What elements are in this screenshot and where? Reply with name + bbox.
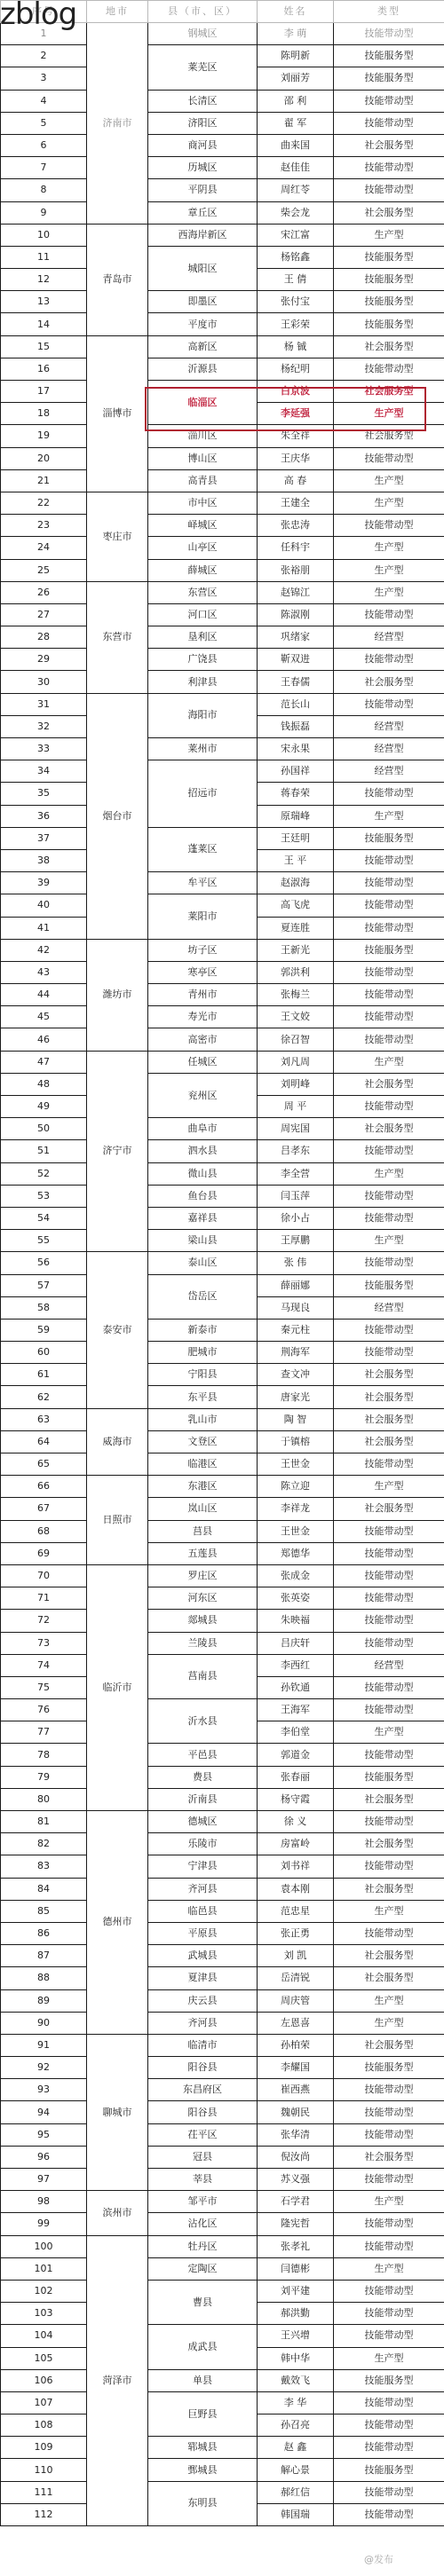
cell-county: 钢城区 <box>148 23 258 45</box>
cell-no: 112 <box>1 2503 87 2525</box>
cell-name: 孙柏荣 <box>258 2034 334 2056</box>
cell-no: 63 <box>1 1408 87 1430</box>
cell-county: 商河县 <box>148 134 258 156</box>
cell-city: 枣庄市 <box>87 492 148 581</box>
cell-name: 刘平建 <box>258 2280 334 2302</box>
cell-name: 周红苓 <box>258 179 334 201</box>
cell-no: 61 <box>1 1364 87 1386</box>
cell-no: 6 <box>1 134 87 156</box>
cell-no: 84 <box>1 1878 87 1900</box>
cell-type: 生产型 <box>334 537 444 559</box>
cell-no: 78 <box>1 1744 87 1766</box>
cell-no: 70 <box>1 1564 87 1587</box>
cell-name: 钱振磊 <box>258 715 334 737</box>
cell-type: 技能带动型 <box>334 1542 444 1564</box>
cell-county: 长清区 <box>148 90 258 112</box>
cell-type: 技能服务型 <box>334 2057 444 2079</box>
table-row: 69五莲县郑德华技能带动型 <box>1 1542 444 1564</box>
cell-county: 市中区 <box>148 492 258 514</box>
table-row: 104成武县王兴增技能带动型 <box>1 2325 444 2347</box>
cell-type: 生产型 <box>334 2347 444 2369</box>
cell-county: 岚山区 <box>148 1498 258 1520</box>
cell-county: 平原县 <box>148 1922 258 1944</box>
cell-name: 荆海军 <box>258 1342 334 1364</box>
table-row: 80沂南县杨守霞社会服务型 <box>1 1788 444 1810</box>
cell-no: 39 <box>1 872 87 894</box>
table-row: 23峄城区张忠涛技能带动型 <box>1 515 444 537</box>
cell-county: 坊子区 <box>148 939 258 961</box>
cell-name: 李祥龙 <box>258 1498 334 1520</box>
cell-city: 德州市 <box>87 1811 148 2035</box>
cell-name: 隆宪哲 <box>258 2213 334 2235</box>
cell-no: 103 <box>1 2303 87 2325</box>
cell-name: 孙国祥 <box>258 760 334 783</box>
cell-county: 利津县 <box>148 671 258 693</box>
table-row: 25薛城区张裕朋生产型 <box>1 559 444 581</box>
cell-name: 李耀国 <box>258 2057 334 2079</box>
cell-type: 技能带动型 <box>334 1453 444 1476</box>
cell-no: 110 <box>1 2459 87 2481</box>
table-row: 20博山区王庆华技能带动型 <box>1 447 444 469</box>
cell-no: 111 <box>1 2481 87 2503</box>
table-row: 63威海市乳山市陶 智社会服务型 <box>1 1408 444 1430</box>
cell-type: 技能服务型 <box>334 291 444 313</box>
cell-no: 101 <box>1 2257 87 2280</box>
table-row: 57岱岳区薛丽娜技能服务型 <box>1 1274 444 1296</box>
table-row: 110鄄城县解心景技能服务型 <box>1 2459 444 2481</box>
cell-no: 96 <box>1 2146 87 2168</box>
cell-name: 李延强 <box>258 403 334 425</box>
table-row: 4长清区邵 利技能带动型 <box>1 90 444 112</box>
cell-no: 54 <box>1 1207 87 1229</box>
cell-name: 任科宇 <box>258 537 334 559</box>
table-row: 8平阴县周红苓技能带动型 <box>1 179 444 201</box>
table-row: 98滨州市邹平市石学君生产型 <box>1 2191 444 2213</box>
cell-no: 31 <box>1 693 87 715</box>
cell-name: 赵淑海 <box>258 872 334 894</box>
cell-name: 杨 铖 <box>258 335 334 358</box>
cell-no: 94 <box>1 2101 87 2123</box>
cell-name: 张梅兰 <box>258 984 334 1006</box>
cell-type: 经营型 <box>334 738 444 760</box>
cell-county: 莱阳市 <box>148 894 258 939</box>
cell-type: 技能带动型 <box>334 1252 444 1274</box>
cell-type: 社会服务型 <box>334 1408 444 1430</box>
cell-no: 81 <box>1 1811 87 1833</box>
cell-no: 93 <box>1 2079 87 2101</box>
cell-type: 技能带动型 <box>334 2325 444 2347</box>
table-row: 102曹县刘平建技能带动型 <box>1 2280 444 2302</box>
cell-city: 济南市 <box>87 23 148 225</box>
cell-type: 社会服务型 <box>334 201 444 224</box>
cell-type: 技能带动型 <box>334 112 444 134</box>
cell-county: 任城区 <box>148 1051 258 1073</box>
cell-no: 64 <box>1 1430 87 1453</box>
cell-county: 博山区 <box>148 447 258 469</box>
cell-county: 临邑县 <box>148 1900 258 1922</box>
cell-name: 陈淑刚 <box>258 603 334 626</box>
cell-county: 罗庄区 <box>148 1564 258 1587</box>
cell-type: 技能带动型 <box>334 1610 444 1632</box>
cell-no: 27 <box>1 603 87 626</box>
cell-type: 技能带动型 <box>334 1922 444 1944</box>
table-row: 64文登区于镇榕社会服务型 <box>1 1430 444 1453</box>
cell-county: 城阳区 <box>148 246 258 290</box>
cell-type: 生产型 <box>334 1051 444 1073</box>
cell-name: 刘明峰 <box>258 1073 334 1095</box>
cell-type: 技能带动型 <box>334 894 444 917</box>
cell-name: 王新光 <box>258 939 334 961</box>
cell-no: 44 <box>1 984 87 1006</box>
cell-name: 张华清 <box>258 2123 334 2146</box>
cell-name: 王海军 <box>258 1699 334 1721</box>
cell-name: 陈明新 <box>258 45 334 67</box>
cell-name: 王文姣 <box>258 1006 334 1028</box>
cell-name: 王春儒 <box>258 671 334 693</box>
cell-name: 王建全 <box>258 492 334 514</box>
cell-name: 张春丽 <box>258 1766 334 1788</box>
table-row: 5济阳区翟 军技能带动型 <box>1 112 444 134</box>
cell-county: 乐陵市 <box>148 1833 258 1855</box>
cell-type: 生产型 <box>334 224 444 246</box>
cell-name: 朱映福 <box>258 1610 334 1632</box>
cell-no: 47 <box>1 1051 87 1073</box>
cell-name: 王 倩 <box>258 269 334 291</box>
cell-no: 68 <box>1 1520 87 1542</box>
cell-county: 西海岸新区 <box>148 224 258 246</box>
table-row: 16沂源县杨纪明技能带动型 <box>1 358 444 380</box>
cell-county: 沂源县 <box>148 358 258 380</box>
cell-type: 生产型 <box>334 1900 444 1922</box>
cell-name: 李西红 <box>258 1654 334 1676</box>
cell-county: 东明县 <box>148 2481 258 2525</box>
table-row: 91聊城市临清市孙柏荣社会服务型 <box>1 2034 444 2056</box>
cell-no: 83 <box>1 1855 87 1878</box>
cell-name: 杨铭鑫 <box>258 246 334 268</box>
cell-name: 王彩荣 <box>258 313 334 335</box>
cell-name: 白京波 <box>258 381 334 403</box>
cell-name: 高 春 <box>258 469 334 492</box>
cell-county: 沂南县 <box>148 1788 258 1810</box>
cell-name: 韩中华 <box>258 2347 334 2369</box>
cell-no: 50 <box>1 1118 87 1140</box>
cell-no: 99 <box>1 2213 87 2235</box>
cell-county: 文登区 <box>148 1430 258 1453</box>
cell-no: 67 <box>1 1498 87 1520</box>
header-city: 地市 <box>87 1 148 23</box>
cell-no: 106 <box>1 2369 87 2391</box>
table-row: 101定陶区闫德彬生产型 <box>1 2257 444 2280</box>
cell-name: 王世金 <box>258 1520 334 1542</box>
cell-type: 技能服务型 <box>334 67 444 90</box>
cell-county: 临港区 <box>148 1453 258 1476</box>
cell-county: 垦利区 <box>148 626 258 649</box>
table-row: 90齐河县左恩喜生产型 <box>1 2012 444 2034</box>
cell-type: 技能带动型 <box>334 157 444 179</box>
cell-no: 41 <box>1 917 87 939</box>
cell-no: 69 <box>1 1542 87 1564</box>
cell-name: 李全营 <box>258 1162 334 1185</box>
cell-county: 肥城市 <box>148 1342 258 1364</box>
cell-county: 兰陵县 <box>148 1632 258 1654</box>
cell-name: 孙召亮 <box>258 2415 334 2437</box>
table-row: 79费县张春丽技能服务型 <box>1 1766 444 1788</box>
cell-no: 92 <box>1 2057 87 2079</box>
table-row: 92阳谷县李耀国技能服务型 <box>1 2057 444 2079</box>
cell-city: 淄博市 <box>87 335 148 492</box>
cell-type: 技能带动型 <box>334 1520 444 1542</box>
cell-no: 102 <box>1 2280 87 2302</box>
table-row: 7历城区赵佳佳技能带动型 <box>1 157 444 179</box>
cell-county: 河口区 <box>148 603 258 626</box>
cell-no: 16 <box>1 358 87 380</box>
cell-name: 原瑞峰 <box>258 805 334 827</box>
cell-no: 74 <box>1 1654 87 1676</box>
table-row: 96冠县倪汝尚社会服务型 <box>1 2146 444 2168</box>
cell-no: 3 <box>1 67 87 90</box>
cell-name: 周 平 <box>258 1096 334 1118</box>
cell-name: 韩国瑞 <box>258 2503 334 2525</box>
cell-name: 徐召智 <box>258 1028 334 1051</box>
cell-type: 技能带动型 <box>334 2437 444 2459</box>
cell-no: 9 <box>1 201 87 224</box>
cell-type: 社会服务型 <box>334 1498 444 1520</box>
table-row: 47济宁市任城区刘凡周生产型 <box>1 1051 444 1073</box>
cell-name: 薛丽娜 <box>258 1274 334 1296</box>
cell-no: 18 <box>1 403 87 425</box>
cell-type: 生产型 <box>334 469 444 492</box>
cell-name: 查文冲 <box>258 1364 334 1386</box>
cell-name: 石学君 <box>258 2191 334 2213</box>
cell-name: 张 伟 <box>258 1252 334 1274</box>
cell-no: 77 <box>1 1721 87 1744</box>
cell-county: 武城县 <box>148 1945 258 1967</box>
table-row: 71河东区张英姿技能带动型 <box>1 1587 444 1610</box>
cell-name: 高飞虎 <box>258 894 334 917</box>
cell-no: 46 <box>1 1028 87 1051</box>
cell-county: 兖州区 <box>148 1073 258 1117</box>
cell-type: 技能带动型 <box>334 1632 444 1654</box>
cell-no: 51 <box>1 1140 87 1162</box>
cell-name: 郭洪利 <box>258 961 334 983</box>
cell-county: 平邑县 <box>148 1744 258 1766</box>
cell-county: 莒县 <box>148 1520 258 1542</box>
cell-no: 49 <box>1 1096 87 1118</box>
cell-type: 技能带动型 <box>334 2235 444 2257</box>
cell-name: 邵 利 <box>258 90 334 112</box>
table-row: 67岚山区李祥龙社会服务型 <box>1 1498 444 1520</box>
table-row: 87武城县刘 凯社会服务型 <box>1 1945 444 1967</box>
cell-county: 蓬莱区 <box>148 827 258 871</box>
cell-type: 技能带动型 <box>334 1811 444 1833</box>
table-row: 74莒南县李西红经营型 <box>1 1654 444 1676</box>
cell-name: 赵佳佳 <box>258 157 334 179</box>
table-row: 9章丘区柴会龙社会服务型 <box>1 201 444 224</box>
cell-no: 60 <box>1 1342 87 1364</box>
cell-type: 生产型 <box>334 1721 444 1744</box>
table-row: 81德州市德城区徐 义技能带动型 <box>1 1811 444 1833</box>
table-row: 51泗水县吕孝东技能带动型 <box>1 1140 444 1162</box>
cell-county: 高青县 <box>148 469 258 492</box>
cell-type: 技能带动型 <box>334 1140 444 1162</box>
cell-type: 技能带动型 <box>334 2280 444 2302</box>
cell-type: 技能带动型 <box>334 2213 444 2235</box>
cell-county: 梁山县 <box>148 1230 258 1252</box>
cell-name: 郑德华 <box>258 1542 334 1564</box>
cell-county: 沾化区 <box>148 2213 258 2235</box>
cell-no: 48 <box>1 1073 87 1095</box>
cell-type: 社会服务型 <box>334 425 444 447</box>
table-row: 66日照市东港区陈立迎生产型 <box>1 1476 444 1498</box>
cell-no: 85 <box>1 1900 87 1922</box>
table-row: 109郓城县赵 鑫技能带动型 <box>1 2437 444 2459</box>
cell-name: 岳清锐 <box>258 1967 334 1989</box>
cell-no: 17 <box>1 381 87 403</box>
table-row: 53鱼台县闫玉萍技能带动型 <box>1 1185 444 1207</box>
cell-type: 技能服务型 <box>334 313 444 335</box>
cell-no: 11 <box>1 246 87 268</box>
table-row: 68莒县王世金技能带动型 <box>1 1520 444 1542</box>
table-row: 78平邑县郭道金技能带动型 <box>1 1744 444 1766</box>
cell-city: 济宁市 <box>87 1051 148 1252</box>
cell-county: 阳谷县 <box>148 2057 258 2079</box>
table-row: 54嘉祥县徐小占技能带动型 <box>1 1207 444 1229</box>
cell-name: 左恩喜 <box>258 2012 334 2034</box>
cell-name: 徐 义 <box>258 1811 334 1833</box>
cell-name: 周宪国 <box>258 1118 334 1140</box>
cell-name: 王廷明 <box>258 827 334 849</box>
table-row: 59新泰市秦元柱技能带动型 <box>1 1319 444 1341</box>
cell-type: 技能带动型 <box>334 358 444 380</box>
table-row: 50曲阜市周宪国社会服务型 <box>1 1118 444 1140</box>
cell-name: 陈立迎 <box>258 1476 334 1498</box>
cell-no: 87 <box>1 1945 87 1967</box>
cell-no: 108 <box>1 2415 87 2437</box>
cell-name: 蒋春荣 <box>258 783 334 805</box>
cell-name: 徐小占 <box>258 1207 334 1229</box>
cell-type: 技能带动型 <box>334 1006 444 1028</box>
cell-county: 乳山市 <box>148 1408 258 1430</box>
cell-county: 海阳市 <box>148 693 258 737</box>
table-row: 62东平县唐家光社会服务型 <box>1 1386 444 1408</box>
cell-name: 张成金 <box>258 1564 334 1587</box>
table-row: 52微山县李全营生产型 <box>1 1162 444 1185</box>
cell-type: 技能带动型 <box>334 2303 444 2325</box>
cell-no: 66 <box>1 1476 87 1498</box>
cell-no: 72 <box>1 1610 87 1632</box>
cell-type: 技能带动型 <box>334 1564 444 1587</box>
cell-name: 张孝礼 <box>258 2235 334 2257</box>
cell-city: 泰安市 <box>87 1252 148 1408</box>
source-watermark: @发布 <box>364 2552 393 2566</box>
cell-no: 86 <box>1 1922 87 1944</box>
table-row: 97莘县苏义强技能带动型 <box>1 2169 444 2191</box>
cell-no: 24 <box>1 537 87 559</box>
cell-name: 解心景 <box>258 2459 334 2481</box>
cell-no: 43 <box>1 961 87 983</box>
cell-county: 茌平区 <box>148 2123 258 2146</box>
cell-county: 曹县 <box>148 2280 258 2324</box>
table-row: 60肥城市荆海军技能带动型 <box>1 1342 444 1364</box>
cell-county: 临淄区 <box>148 381 258 425</box>
cell-no: 28 <box>1 626 87 649</box>
cell-type: 技能服务型 <box>334 939 444 961</box>
cell-county: 临清市 <box>148 2034 258 2056</box>
cell-type: 技能带动型 <box>334 2415 444 2437</box>
table-row: 22枣庄市市中区王建全生产型 <box>1 492 444 514</box>
cell-name: 靳双进 <box>258 649 334 671</box>
table-row: 73兰陵县吕庆轩技能带动型 <box>1 1632 444 1654</box>
cell-no: 73 <box>1 1632 87 1654</box>
table-row: 39牟平区赵淑海技能带动型 <box>1 872 444 894</box>
cell-type: 生产型 <box>334 581 444 603</box>
cell-county: 招远市 <box>148 760 258 828</box>
cell-county: 东营区 <box>148 581 258 603</box>
cell-type: 生产型 <box>334 2257 444 2280</box>
cell-county: 微山县 <box>148 1162 258 1185</box>
cell-county: 岱岳区 <box>148 1274 258 1319</box>
cell-no: 82 <box>1 1833 87 1855</box>
table-row: 89庆云县周庆管生产型 <box>1 1989 444 2012</box>
cell-county: 莱州市 <box>148 738 258 760</box>
cell-county: 平阴县 <box>148 179 258 201</box>
cell-county: 山亭区 <box>148 537 258 559</box>
cell-county: 莒南县 <box>148 1654 258 1698</box>
cell-type: 技能带动型 <box>334 179 444 201</box>
cell-county: 庆云县 <box>148 1989 258 2012</box>
cell-type: 经营型 <box>334 760 444 783</box>
cell-type: 经营型 <box>334 1654 444 1676</box>
cell-county: 东港区 <box>148 1476 258 1498</box>
cell-county: 鱼台县 <box>148 1185 258 1207</box>
cell-city: 青岛市 <box>87 224 148 335</box>
table-row: 111东明县郝红信技能带动型 <box>1 2481 444 2503</box>
cell-name: 王厚鹏 <box>258 1230 334 1252</box>
cell-name: 唐家光 <box>258 1386 334 1408</box>
cell-county: 章丘区 <box>148 201 258 224</box>
cell-no: 90 <box>1 2012 87 2034</box>
table-row: 19淄川区朱全祥社会服务型 <box>1 425 444 447</box>
cell-type: 社会服务型 <box>334 1386 444 1408</box>
cell-type: 生产型 <box>334 403 444 425</box>
table-row: 15淄博市高新区杨 铖社会服务型 <box>1 335 444 358</box>
cell-name: 孙钦通 <box>258 1676 334 1698</box>
cell-name: 马现良 <box>258 1296 334 1319</box>
cell-county: 莱芜区 <box>148 45 258 90</box>
table-row: 2莱芜区陈明新技能服务型 <box>1 45 444 67</box>
cell-county: 泗水县 <box>148 1140 258 1162</box>
cell-type: 技能带动型 <box>334 2503 444 2525</box>
cell-no: 15 <box>1 335 87 358</box>
roster-table: 序号 地市 县（市、区） 姓名 类型 1济南市钢城区李 萌技能带动型2莱芜区陈明… <box>0 0 444 2526</box>
cell-city: 威海市 <box>87 1408 148 1476</box>
cell-type: 社会服务型 <box>334 1833 444 1855</box>
cell-name: 张付宝 <box>258 291 334 313</box>
cell-type: 技能带动型 <box>334 1699 444 1721</box>
cell-no: 12 <box>1 269 87 291</box>
cell-no: 56 <box>1 1252 87 1274</box>
cell-no: 57 <box>1 1274 87 1296</box>
cell-type: 技能服务型 <box>334 269 444 291</box>
cell-name: 赵 鑫 <box>258 2437 334 2459</box>
cell-no: 20 <box>1 447 87 469</box>
cell-no: 29 <box>1 649 87 671</box>
table-row: 95茌平区张华清技能带动型 <box>1 2123 444 2146</box>
table-row: 56泰安市泰山区张 伟技能带动型 <box>1 1252 444 1274</box>
cell-city: 滨州市 <box>87 2191 148 2235</box>
cell-county: 成武县 <box>148 2325 258 2369</box>
cell-type: 社会服务型 <box>334 134 444 156</box>
